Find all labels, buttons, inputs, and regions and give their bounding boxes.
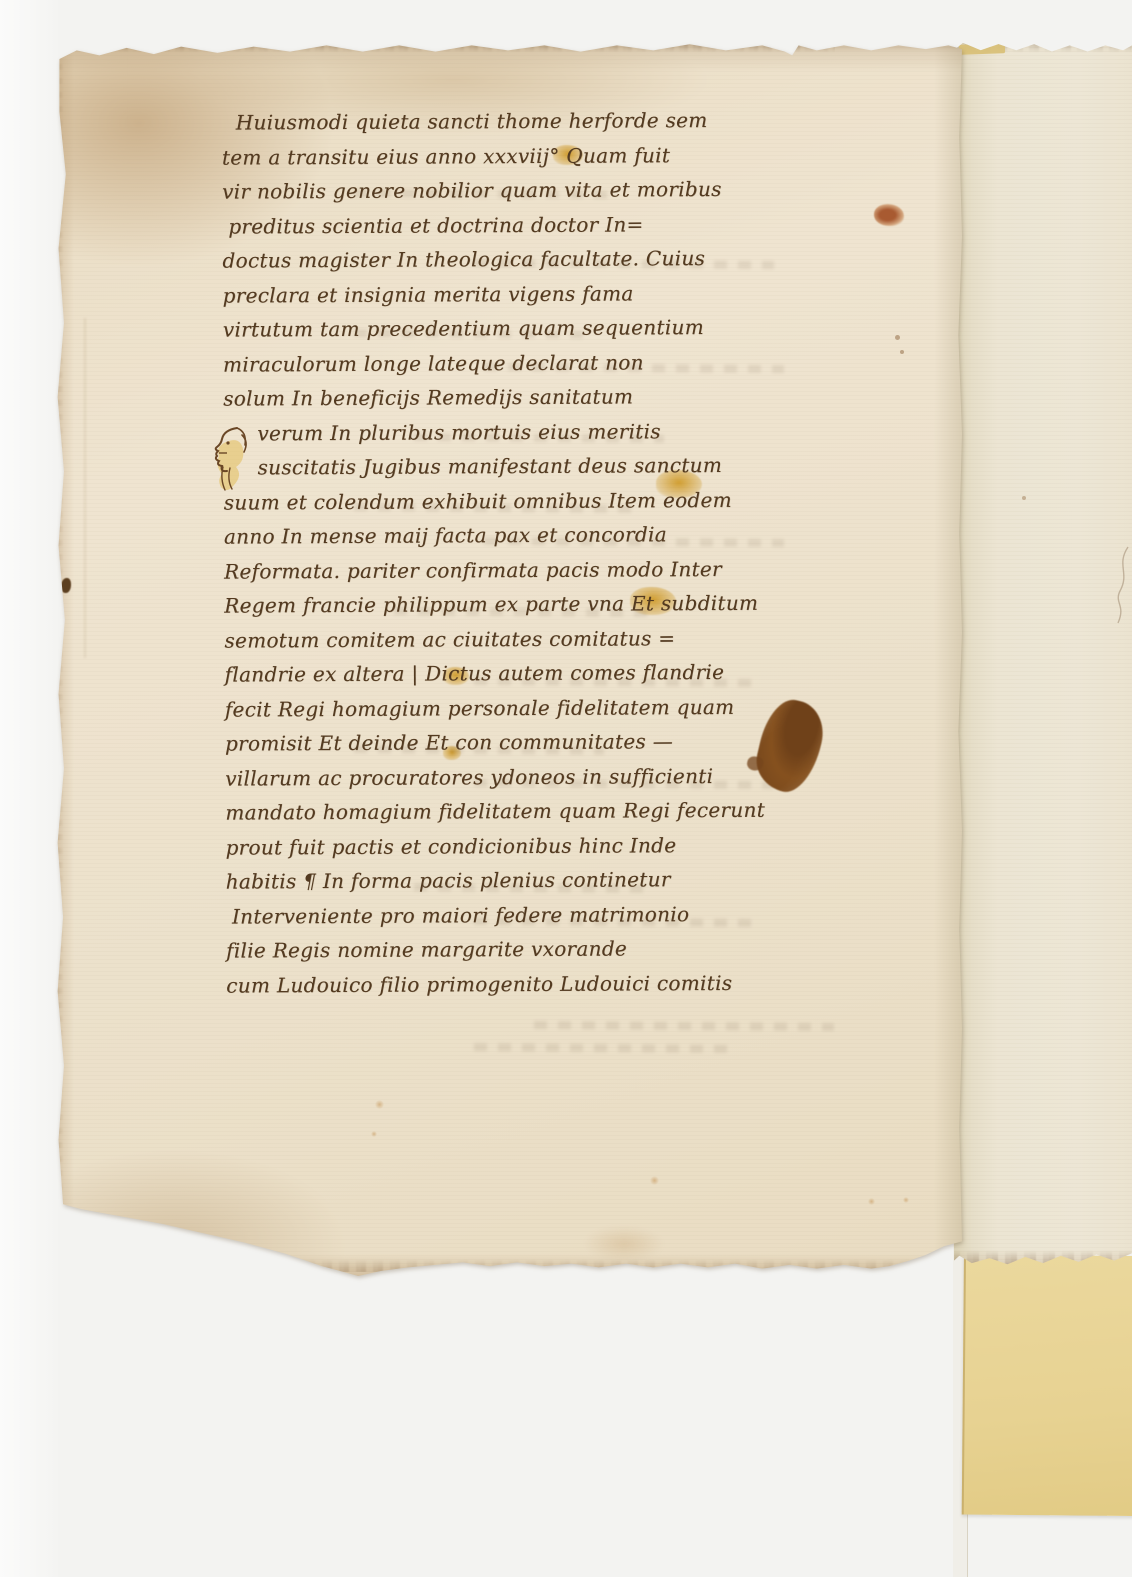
foxing-spot [868, 1198, 875, 1205]
text-line: villarum ac procuratores ydoneos in suff… [225, 758, 825, 796]
text-line: flandrie ex altera | Dictus autem comes … [225, 654, 825, 692]
text-line: Reformata. pariter confirmata pacis modo… [224, 551, 824, 589]
text-line: anno In mense maij facta pax et concordi… [224, 516, 824, 554]
text-line: vir nobilis genere nobilior quam vita et… [222, 171, 822, 209]
text-line: verum In pluribus mortuis eius meritis [223, 413, 823, 451]
text-line: suum et colendum exhibuit omnibus Item e… [224, 482, 824, 520]
text-line: Interveniente pro maiori federe matrimon… [226, 896, 826, 934]
foxing-spot [650, 1176, 659, 1185]
text-line: habitis ¶ In forma pacis plenius contine… [226, 861, 826, 899]
text-line: Regem francie philippum ex parte vna Et … [224, 585, 824, 623]
facing-page [954, 38, 1132, 1268]
stray-ink-flourish [1106, 543, 1132, 638]
left-edge-stain [54, 50, 64, 1201]
text-line: mandato homagium fidelitatem quam Regi f… [225, 792, 825, 830]
text-line: fecit Regi homagium personale fidelitate… [225, 689, 825, 727]
vertical-crease [84, 318, 86, 658]
text-line: miraculorum longe lateque declarat non [223, 344, 823, 382]
background-left-strip [0, 0, 58, 1577]
speck [900, 350, 904, 354]
insert-corner-sliver [959, 43, 1005, 55]
text-line: solum In beneficijs Remedijs sanitatum [223, 378, 823, 416]
showthrough-line [474, 1043, 734, 1053]
text-line: prout fuit pactis et condicionibus hinc … [225, 827, 825, 865]
foxing-spot [903, 1197, 909, 1203]
foxing-spot [371, 1131, 377, 1137]
manuscript-page-wrap: Huiusmodi quieta sancti thome herforde s… [54, 38, 962, 1276]
dark-spot-left-edge [61, 578, 71, 593]
text-line: virtutum tam precedentium quam sequentiu… [223, 309, 823, 347]
text-line: preclara et insignia merita vigens fama [223, 275, 823, 313]
text-line: semotum comitem ac ciuitates comitatus = [224, 620, 824, 658]
text-line: doctus magister In theologica facultate.… [222, 240, 822, 278]
manuscript-text: Huiusmodi quieta sancti thome herforde s… [222, 102, 827, 1002]
bottom-edge-deckle [72, 1259, 935, 1272]
text-line: suscitatis Jugibus manifestant deus sanc… [223, 447, 823, 485]
text-line: filie Regis nomine margarite vxorande [226, 930, 826, 968]
text-line: cum Ludouico filio primogenito Ludouici … [226, 965, 826, 1003]
foxing-spot [375, 1100, 384, 1109]
text-line: preditus scientia et doctrina doctor In= [222, 206, 822, 244]
manuscript-photo: Huiusmodi quieta sancti thome herforde s… [0, 0, 1132, 1577]
top-edge-burn [54, 38, 835, 54]
text-line: promisit Et deinde Et con communitates — [225, 723, 825, 761]
yellow-insert-page [962, 1254, 1132, 1515]
text-line: Huiusmodi quieta sancti thome herforde s… [222, 102, 822, 140]
foxing-patch [584, 1226, 664, 1262]
manuscript-page: Huiusmodi quieta sancti thome herforde s… [54, 38, 962, 1276]
speck [1022, 496, 1026, 500]
rust-spot [874, 204, 904, 226]
showthrough-line [534, 1021, 834, 1031]
text-line: tem a transitu eius anno xxxviij° Quam f… [222, 137, 822, 175]
speck [895, 335, 900, 340]
